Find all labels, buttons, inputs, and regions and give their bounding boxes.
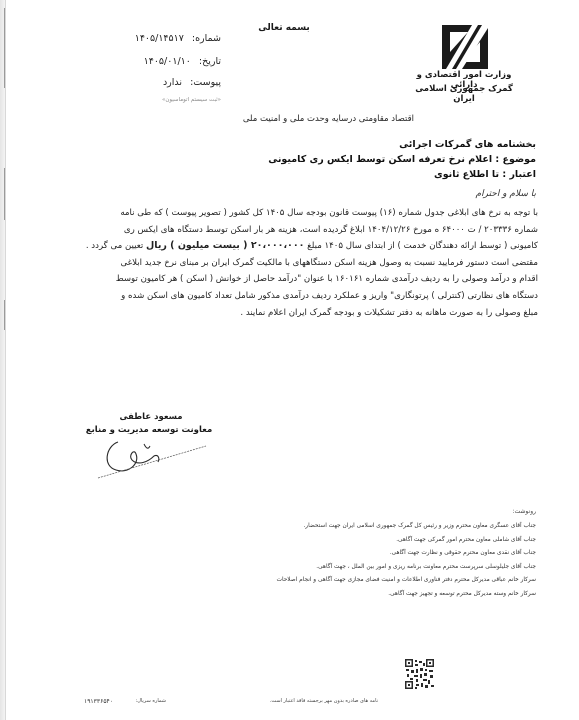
body-text-segment: کامیونی ( توسط ارائه دهندگان خدمت ) از ا… — [304, 241, 538, 251]
body-line: دستگاه های نظارتی (کنترلی ) پرتونگاری" و… — [46, 288, 538, 305]
circular-title: بخشنامه های گمرکات اجرائی — [236, 139, 536, 150]
validity-line: اعتبار : تا اطلاع ثانوی — [236, 169, 536, 180]
body-line: مقتضی است دستور فرمایید نسبت به وصول هزی… — [46, 255, 538, 272]
attachment-label: پیوست: — [190, 77, 221, 88]
serial-label: شماره سریال: — [116, 698, 166, 704]
serial-value: ۱۹۱۳۳۶۵۴۰ — [68, 698, 113, 705]
letter-number-label: شماره: — [192, 33, 221, 44]
body-line: اقدام و درآمد وصولی را به ردیف درآمدی شم… — [46, 271, 538, 288]
copies-heading: رونوشت: — [426, 508, 536, 515]
copy-recipient: جناب آقای جلیلوسلی سرپرست محترم معاونت ب… — [276, 561, 536, 575]
copy-recipient: سرکار خانم عباقی مدیرکل محترم دفتر فناور… — [276, 574, 536, 588]
letter-date-label: تاریخ: — [199, 56, 221, 67]
copy-recipient: سرکار خانم وسته مدیرکل محترم توسعه و تجه… — [276, 588, 536, 602]
customs-logo-icon — [438, 22, 492, 72]
letter-number: شماره: ۱۴۰۵/۱۴۵۱۷ — [111, 33, 221, 44]
copy-recipient: جناب آقای عسگری معاون محترم وزیر و رئیس … — [276, 520, 536, 534]
letter-date: تاریخ: ۱۴۰۵/۰۱/۱۰ — [111, 56, 221, 67]
bismillah-heading: بسمه تعالی — [254, 23, 314, 33]
letter-attachment: پیوست: ندارد — [111, 77, 221, 88]
body-line: کامیونی ( توسط ارائه دهندگان خدمت ) از ا… — [46, 238, 538, 255]
signatory-title: معاونت توسعه مدیریت و منابع — [84, 425, 214, 435]
system-note: «ثبت سیستم اتوماسیون» — [121, 97, 221, 103]
copy-recipient: جناب آقای نقدی معاون محترم حقوقی و نظارت… — [276, 547, 536, 561]
letter-body: با توجه به نرخ های ابلاغی جدول شماره (۱۶… — [46, 205, 538, 321]
body-line: شماره ۲۰۳۳۳۶ / ت ۶۴۰۰۰ ه مورخ ۱۴۰۴/۱۲/۲۶… — [46, 222, 538, 239]
attachment-value: ندارد — [163, 77, 182, 88]
footer-validity-note: نامه های صادره بدون مهر برجسته فاقد اعتب… — [228, 698, 378, 704]
greeting: با سلام و احترام — [336, 189, 536, 199]
letter-date-value: ۱۴۰۵/۰۱/۱۰ — [144, 56, 191, 67]
body-text-segment: تعیین می گردد . — [86, 241, 146, 251]
subject-line: موضوع : اعلام نرخ تعرفه اسکن توسط ایکس ر… — [236, 154, 536, 165]
body-line: با توجه به نرخ های ابلاغی جدول شماره (۱۶… — [46, 205, 538, 222]
qr-code-icon — [405, 659, 434, 689]
document-page: بسمه تعالی شماره: ۱۴۰۵/۱۴۵۱۷ تاریخ: ۱۴۰۵… — [5, 0, 579, 720]
scan-fee-amount: ۲۰،۰۰۰،۰۰۰ ( بیست میلیون ) ریال — [146, 240, 304, 251]
copy-recipient: جناب آقای شاملی معاون محترم امور گمرکی ج… — [276, 534, 536, 548]
signatory-name: مسعود عاطفی — [101, 412, 201, 422]
copies-list: جناب آقای عسگری معاون محترم وزیر و رئیس … — [276, 520, 536, 602]
customs-name: گمرک جمهوری اسلامی ایران — [404, 84, 524, 104]
body-line: مبلغ وصولی را به صورت ماهانه به دفتر تشک… — [46, 305, 538, 322]
letter-number-value: ۱۴۰۵/۱۴۵۱۷ — [135, 33, 184, 44]
signature-icon — [88, 436, 208, 480]
motto: اقتصاد مقاومتی درسایه وحدت ملی و امنیت م… — [214, 114, 414, 124]
